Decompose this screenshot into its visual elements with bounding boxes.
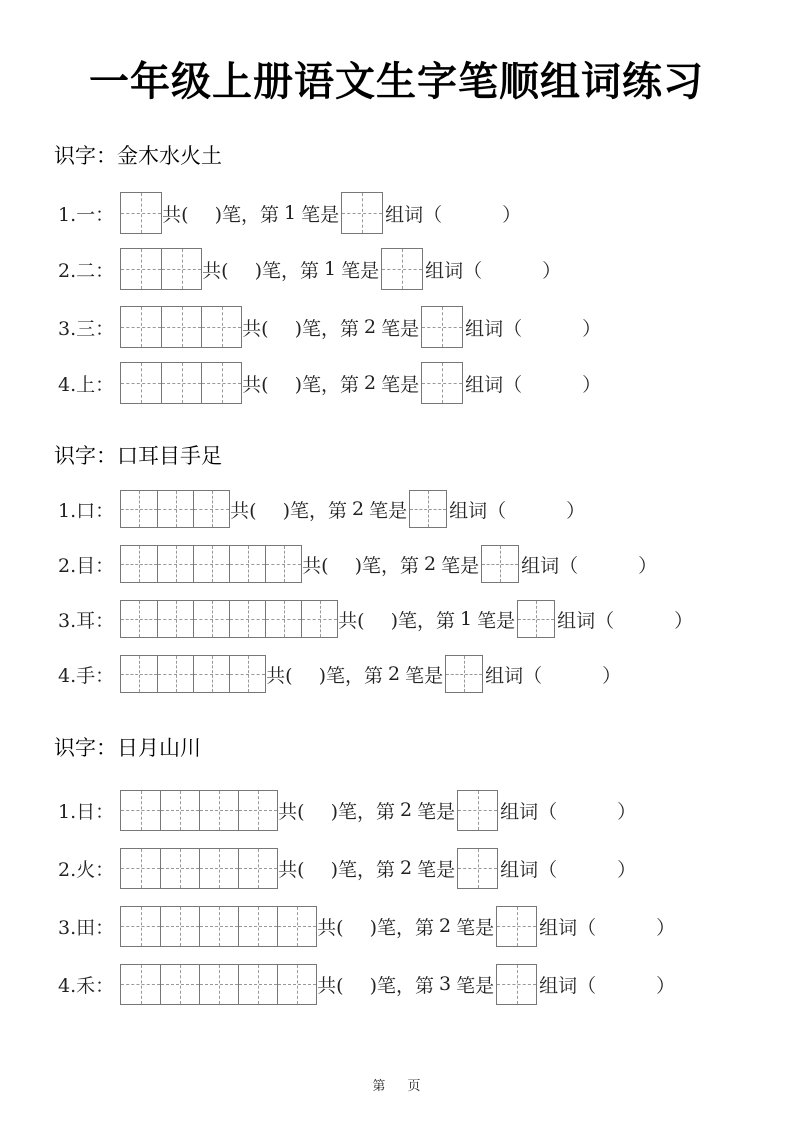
tianzige-cell[interactable] [199,965,238,1004]
stroke-is-label: 笔是 [417,797,455,824]
exercise-row: 1.日：共()笔，第2笔是组词（） [58,789,636,831]
close-paren: ） [656,971,675,998]
stroke-is-label: 笔是 [341,256,379,283]
stroke-number: 2 [439,915,451,937]
make-words-label: 组词（ [465,314,522,341]
item-character: 口： [76,500,114,522]
stroke-answer-box[interactable] [381,248,423,290]
tianzige-cell[interactable] [160,907,199,946]
tianzige-cell[interactable] [157,601,193,637]
stroke-number: 2 [400,799,412,821]
tianzige-cell[interactable] [121,307,161,347]
stroke-number: 1 [284,202,296,224]
exercise-row: 3.田：共()笔，第2笔是组词（） [58,905,675,947]
tianzige-cell[interactable] [121,363,161,403]
tianzige-cell[interactable] [301,601,337,637]
item-label: 2.目： [58,551,114,578]
stroke-writing-grid[interactable] [120,248,202,290]
item-label: 1.口： [58,496,114,523]
strokes-label: )笔，第 [283,496,347,523]
item-character: 一： [76,204,114,226]
stroke-answer-box[interactable] [496,964,537,1005]
item-label: 2.火： [58,855,114,882]
stroke-number: 2 [424,553,436,575]
total-label: 共( [230,496,256,523]
page-title: 一年级上册语文生字笔顺组词练习 [0,50,793,107]
close-paren: ） [617,797,636,824]
item-character: 上： [76,374,114,396]
section-heading-2: 识字：口耳目手足 [54,440,222,470]
exercise-row: 4.手：共()笔，第2笔是组词（） [58,653,621,695]
item-character: 耳： [76,610,114,632]
tianzige-cell[interactable] [199,849,238,888]
tianzige-cell[interactable] [121,491,157,527]
strokes-label: )笔，第 [295,314,359,341]
tianzige-cell[interactable] [238,907,277,946]
item-index: 1. [58,500,76,522]
item-index: 4. [58,665,76,687]
stroke-number: 2 [364,372,376,394]
tianzige-cell[interactable] [121,193,161,233]
tianzige-cell[interactable] [160,965,199,1004]
close-paren: ） [602,661,621,688]
item-index: 1. [58,204,76,226]
item-index: 3. [58,318,76,340]
tianzige-cell[interactable] [121,656,157,692]
tianzige-cell[interactable] [160,849,199,888]
stroke-number: 3 [439,973,451,995]
stroke-is-label: 笔是 [381,314,419,341]
item-character: 禾： [76,975,114,997]
close-paren: ） [638,551,657,578]
stroke-answer-box[interactable] [341,192,383,234]
exercise-row: 4.上：共()笔，第2笔是组词（） [58,362,601,404]
stroke-number: 2 [364,316,376,338]
item-character: 三： [76,318,114,340]
stroke-is-label: 笔是 [477,606,515,633]
item-index: 1. [58,801,76,823]
stroke-answer-box[interactable] [457,848,498,889]
item-label: 3.耳： [58,606,114,633]
tianzige-cell[interactable] [238,791,277,830]
tianzige-cell[interactable] [121,907,160,946]
stroke-is-label: 笔是 [441,551,479,578]
total-label: 共( [302,551,328,578]
stroke-number: 2 [400,857,412,879]
tianzige-cell[interactable] [161,363,201,403]
strokes-label: )笔，第 [391,606,455,633]
exercise-row: 1.一：共()笔，第1笔是组词（） [58,192,521,234]
tianzige-cell[interactable] [193,601,229,637]
strokes-label: )笔，第 [319,661,383,688]
tianzige-cell[interactable] [422,363,462,403]
stroke-is-label: 笔是 [381,370,419,397]
item-character: 日： [76,801,114,823]
tianzige-cell[interactable] [193,656,229,692]
tianzige-cell[interactable] [342,193,382,233]
strokes-label: )笔，第 [370,971,434,998]
stroke-writing-grid[interactable] [120,790,278,831]
page-number-footer: 第 页 [0,1075,793,1094]
make-words-label: 组词（ [539,913,596,940]
item-index: 3. [58,917,76,939]
stroke-is-label: 笔是 [369,496,407,523]
tianzige-cell[interactable] [157,546,193,582]
strokes-label: )笔，第 [295,370,359,397]
total-label: 共( [338,606,364,633]
item-label: 3.田： [58,913,114,940]
make-words-label: 组词（ [557,606,614,633]
stroke-answer-box[interactable] [481,545,519,583]
stroke-answer-box[interactable] [496,906,537,947]
tianzige-cell[interactable] [121,601,157,637]
stroke-writing-grid[interactable] [120,964,317,1005]
stroke-answer-box[interactable] [421,362,463,404]
stroke-writing-grid[interactable] [120,306,242,348]
total-label: 共( [202,256,228,283]
stroke-is-label: 笔是 [301,200,339,227]
strokes-label: )笔，第 [370,913,434,940]
total-label: 共( [242,370,268,397]
stroke-writing-grid[interactable] [120,600,338,638]
stroke-number: 2 [352,498,364,520]
tianzige-cell[interactable] [193,491,229,527]
total-label: 共( [162,200,188,227]
exercise-row: 4.禾：共()笔，第3笔是组词（） [58,963,675,1005]
total-label: 共( [317,971,343,998]
make-words-label: 组词（ [385,200,442,227]
exercise-row: 2.目：共()笔，第2笔是组词（） [58,543,657,585]
section-heading-1: 识字：金木水火土 [54,140,222,170]
stroke-answer-box[interactable] [445,655,483,693]
tianzige-cell[interactable] [277,907,316,946]
tianzige-cell[interactable] [201,307,241,347]
stroke-writing-grid[interactable] [120,906,317,947]
stroke-is-label: 笔是 [417,855,455,882]
item-label: 4.手： [58,661,114,688]
tianzige-cell[interactable] [518,601,554,637]
tianzige-cell[interactable] [410,491,446,527]
item-index: 2. [58,859,76,881]
item-label: 2.二： [58,256,114,283]
item-character: 火： [76,859,114,881]
total-label: 共( [266,661,292,688]
item-label: 3.三： [58,314,114,341]
tianzige-cell[interactable] [238,849,277,888]
tianzige-cell[interactable] [229,656,265,692]
strokes-label: )笔，第 [215,200,279,227]
tianzige-cell[interactable] [458,849,497,888]
tianzige-cell[interactable] [238,965,277,1004]
tianzige-cell[interactable] [157,491,193,527]
close-paren: ） [502,200,521,227]
stroke-is-label: 笔是 [405,661,443,688]
make-words-label: 组词（ [500,855,557,882]
tianzige-cell[interactable] [277,965,316,1004]
close-paren: ） [582,370,601,397]
make-words-label: 组词（ [465,370,522,397]
stroke-writing-grid[interactable] [120,192,162,234]
item-index: 2. [58,555,76,577]
tianzige-cell[interactable] [199,907,238,946]
stroke-writing-grid[interactable] [120,545,302,583]
item-character: 手： [76,665,114,687]
stroke-answer-box[interactable] [517,600,555,638]
stroke-answer-box[interactable] [421,306,463,348]
tianzige-cell[interactable] [157,656,193,692]
tianzige-cell[interactable] [229,601,265,637]
stroke-answer-box[interactable] [409,490,447,528]
stroke-number: 1 [324,258,336,280]
item-character: 目： [76,555,114,577]
tianzige-cell[interactable] [229,546,265,582]
tianzige-cell[interactable] [458,791,497,830]
item-index: 3. [58,610,76,632]
tianzige-cell[interactable] [161,307,201,347]
strokes-label: )笔，第 [255,256,319,283]
strokes-label: )笔，第 [331,855,395,882]
close-paren: ） [582,314,601,341]
item-label: 4.上： [58,370,114,397]
exercise-row: 3.耳：共()笔，第1笔是组词（） [58,598,693,640]
strokes-label: )笔，第 [331,797,395,824]
tianzige-cell[interactable] [160,791,199,830]
tianzige-cell[interactable] [446,656,482,692]
stroke-writing-grid[interactable] [120,848,278,889]
close-paren: ） [542,256,561,283]
tianzige-cell[interactable] [121,791,160,830]
stroke-number: 1 [460,608,472,630]
make-words-label: 组词（ [539,971,596,998]
stroke-writing-grid[interactable] [120,490,230,528]
item-character: 二： [76,260,114,282]
exercise-row: 3.三：共()笔，第2笔是组词（） [58,306,601,348]
exercise-row: 2.二：共()笔，第1笔是组词（） [58,248,561,290]
tianzige-cell[interactable] [482,546,518,582]
tianzige-cell[interactable] [265,546,301,582]
tianzige-cell[interactable] [121,249,161,289]
tianzige-cell[interactable] [121,965,160,1004]
exercise-row: 2.火：共()笔，第2笔是组词（） [58,847,636,889]
exercise-row: 1.口：共()笔，第2笔是组词（） [58,488,585,530]
total-label: 共( [278,855,304,882]
tianzige-cell[interactable] [161,249,201,289]
make-words-label: 组词（ [425,256,482,283]
make-words-label: 组词（ [485,661,542,688]
total-label: 共( [317,913,343,940]
close-paren: ） [617,855,636,882]
item-label: 1.一： [58,200,114,227]
tianzige-cell[interactable] [121,546,157,582]
make-words-label: 组词（ [500,797,557,824]
close-paren: ） [566,496,585,523]
tianzige-cell[interactable] [265,601,301,637]
item-index: 4. [58,975,76,997]
item-index: 4. [58,374,76,396]
stroke-is-label: 笔是 [456,913,494,940]
tianzige-cell[interactable] [201,363,241,403]
tianzige-cell[interactable] [497,965,536,1004]
make-words-label: 组词（ [449,496,506,523]
tianzige-cell[interactable] [199,791,238,830]
close-paren: ） [674,606,693,633]
item-index: 2. [58,260,76,282]
tianzige-cell[interactable] [193,546,229,582]
stroke-is-label: 笔是 [456,971,494,998]
tianzige-cell[interactable] [422,307,462,347]
tianzige-cell[interactable] [382,249,422,289]
item-label: 1.日： [58,797,114,824]
tianzige-cell[interactable] [121,849,160,888]
item-character: 田： [76,917,114,939]
total-label: 共( [242,314,268,341]
make-words-label: 组词（ [521,551,578,578]
strokes-label: )笔，第 [355,551,419,578]
stroke-writing-grid[interactable] [120,655,266,693]
tianzige-cell[interactable] [497,907,536,946]
section-heading-3: 识字：日月山川 [54,732,201,762]
item-label: 4.禾： [58,971,114,998]
total-label: 共( [278,797,304,824]
close-paren: ） [656,913,675,940]
stroke-writing-grid[interactable] [120,362,242,404]
stroke-answer-box[interactable] [457,790,498,831]
stroke-number: 2 [388,663,400,685]
